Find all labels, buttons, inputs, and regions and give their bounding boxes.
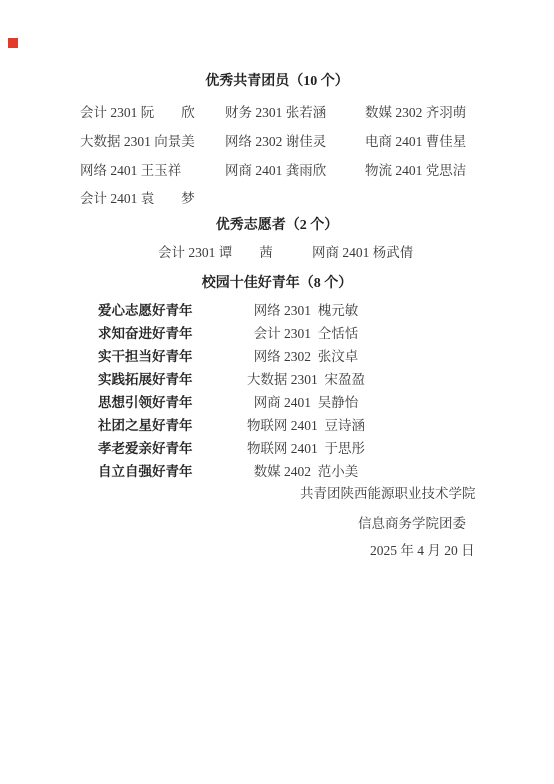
award-label: 社团之星好青年	[98, 418, 193, 433]
section-title-volunteers: 优秀志愿者（2 个）	[0, 218, 554, 234]
member-cell: 数媒 2302 齐羽萌	[365, 105, 466, 120]
member-cell: 会计 2301 阮 欣	[80, 105, 195, 120]
member-cell: 网络 2302 谢佳灵	[225, 134, 326, 149]
member-cell: 大数据 2301 向景美	[80, 134, 195, 149]
award-value: 网商 2401 吴静怡	[200, 395, 412, 410]
signature-org-line2: 信息商务学院团委	[358, 516, 466, 531]
award-value: 物联网 2401 于思彤	[200, 441, 412, 456]
award-value: 数媒 2402 范小美	[200, 464, 412, 479]
member-cell: 网络 2401 王玉祥	[80, 163, 181, 178]
award-label: 实干担当好青年	[98, 349, 193, 364]
award-label: 思想引领好青年	[98, 395, 193, 410]
member-cell: 会计 2401 袁 梦	[80, 191, 195, 206]
member-cell: 财务 2301 张若涵	[225, 105, 326, 120]
volunteer-cell: 网商 2401 杨武倩	[312, 245, 413, 260]
member-cell: 电商 2401 曹佳星	[365, 134, 466, 149]
award-label: 实践拓展好青年	[98, 372, 193, 387]
award-value: 网络 2302 张汶卓	[200, 349, 412, 364]
document-page: 优秀共青团员（10 个） 会计 2301 阮 欣 财务 2301 张若涵 数媒 …	[0, 0, 554, 784]
award-value: 大数据 2301 宋盈盈	[200, 372, 412, 387]
signature-org-line1: 共青团陕西能源职业技术学院	[300, 486, 476, 501]
award-value: 物联网 2401 豆诗涵	[200, 418, 412, 433]
award-value: 会计 2301 仝恬恬	[200, 326, 412, 341]
member-cell: 物流 2401 党思洁	[365, 163, 466, 178]
section-title-league-members: 优秀共青团员（10 个）	[0, 74, 554, 90]
member-cell: 网商 2401 龚雨欣	[225, 163, 326, 178]
award-label: 爱心志愿好青年	[98, 303, 193, 318]
award-label: 孝老爱亲好青年	[98, 441, 193, 456]
red-marker	[8, 38, 18, 48]
award-value: 网络 2301 槐元敏	[200, 303, 412, 318]
section-title-good-youth: 校园十佳好青年（8 个）	[0, 276, 554, 292]
signature-date: 2025 年 4 月 20 日	[370, 543, 475, 558]
award-label: 自立自强好青年	[98, 464, 193, 479]
volunteer-cell: 会计 2301 谭 茜	[158, 245, 273, 260]
award-label: 求知奋进好青年	[98, 326, 193, 341]
